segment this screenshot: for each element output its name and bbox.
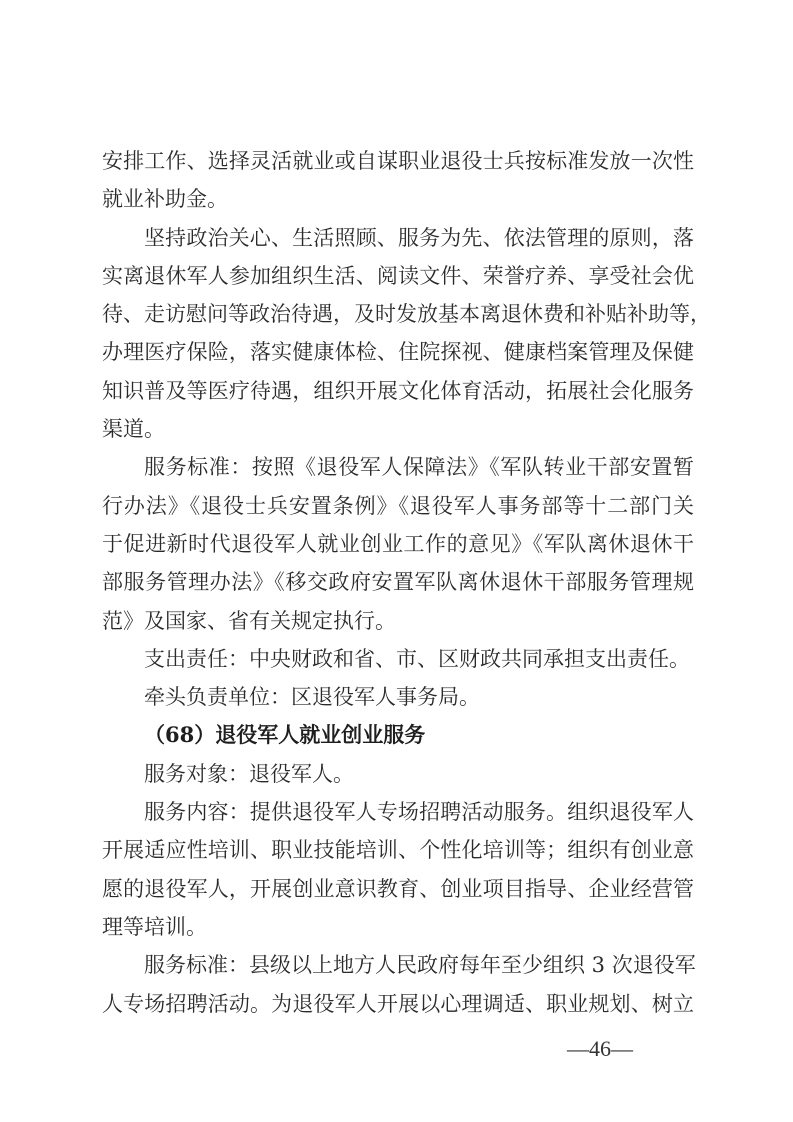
text-line: 部服务管理办法》《移交政府安置军队离休退休干部服务管理规 [102, 563, 694, 601]
text-line: 牵头负责单位：区退役军人事务局。 [102, 678, 694, 716]
paragraph-service-target: 服务对象：退役军人。 [102, 755, 694, 793]
paragraph-service-standard-2: 服务标准：县级以上地方人民政府每年至少组织 3 次退役军 人专场招聘活动。为退役… [102, 946, 694, 1023]
paragraph-service-standard-1: 服务标准：按照《退役军人保障法》《军队转业干部安置暂 行办法》《退役士兵安置条例… [102, 448, 694, 639]
document-body: 安排工作、选择灵活就业或自谋职业退役士兵按标准发放一次性 就业补助金。 坚持政治… [102, 142, 694, 1023]
paragraph-employment-subsidy: 安排工作、选择灵活就业或自谋职业退役士兵按标准发放一次性 就业补助金。 [102, 142, 694, 219]
text-line: 愿的退役军人，开展创业意识教育、创业项目指导、企业经营管 [102, 870, 694, 908]
paragraph-retired-care: 坚持政治关心、生活照顾、服务为先、依法管理的原则，落 实离退休军人参加组织生活、… [102, 219, 694, 449]
text-line: 服务内容：提供退役军人专场招聘活动服务。组织退役军人 [102, 793, 694, 831]
text-line: 服务对象：退役军人。 [102, 755, 694, 793]
page-number: —46— [565, 1036, 635, 1062]
text-line: 理等培训。 [102, 908, 694, 946]
text-line: 待、走访慰问等政治待遇，及时发放基本离退休费和补贴补助等， [102, 295, 694, 333]
text-line: 于促进新时代退役军人就业创业工作的意见》《军队离休退休干 [102, 525, 694, 563]
text-line: 服务标准：按照《退役军人保障法》《军队转业干部安置暂 [102, 448, 694, 486]
paragraph-service-content: 服务内容：提供退役军人专场招聘活动服务。组织退役军人 开展适应性培训、职业技能培… [102, 793, 694, 946]
text-line: 开展适应性培训、职业技能培训、个性化培训等；组织有创业意 [102, 831, 694, 869]
section-heading-68: （68）退役军人就业创业服务 [102, 716, 694, 754]
text-line: 实离退休军人参加组织生活、阅读文件、荣誉疗养、享受社会优 [102, 257, 694, 295]
text-line: 就业补助金。 [102, 180, 694, 218]
text-line: 行办法》《退役士兵安置条例》《退役军人事务部等十二部门关 [102, 487, 694, 525]
text-line: 坚持政治关心、生活照顾、服务为先、依法管理的原则，落 [102, 219, 694, 257]
text-line: 范》及国家、省有关规定执行。 [102, 602, 694, 640]
text-line: 安排工作、选择灵活就业或自谋职业退役士兵按标准发放一次性 [102, 142, 694, 180]
paragraph-lead-unit: 牵头负责单位：区退役军人事务局。 [102, 678, 694, 716]
text-line: 知识普及等医疗待遇，组织开展文化体育活动，拓展社会化服务 [102, 372, 694, 410]
text-line: 办理医疗保险，落实健康体检、住院探视、健康档案管理及保健 [102, 333, 694, 371]
text-line: 人专场招聘活动。为退役军人开展以心理调适、职业规划、树立 [102, 985, 694, 1023]
section-title: （68）退役军人就业创业服务 [102, 716, 694, 754]
text-line: 服务标准：县级以上地方人民政府每年至少组织 3 次退役军 [102, 946, 694, 984]
text-line: 渠道。 [102, 410, 694, 448]
paragraph-expenditure-responsibility: 支出责任：中央财政和省、市、区财政共同承担支出责任。 [102, 640, 694, 678]
text-line: 支出责任：中央财政和省、市、区财政共同承担支出责任。 [102, 640, 694, 678]
